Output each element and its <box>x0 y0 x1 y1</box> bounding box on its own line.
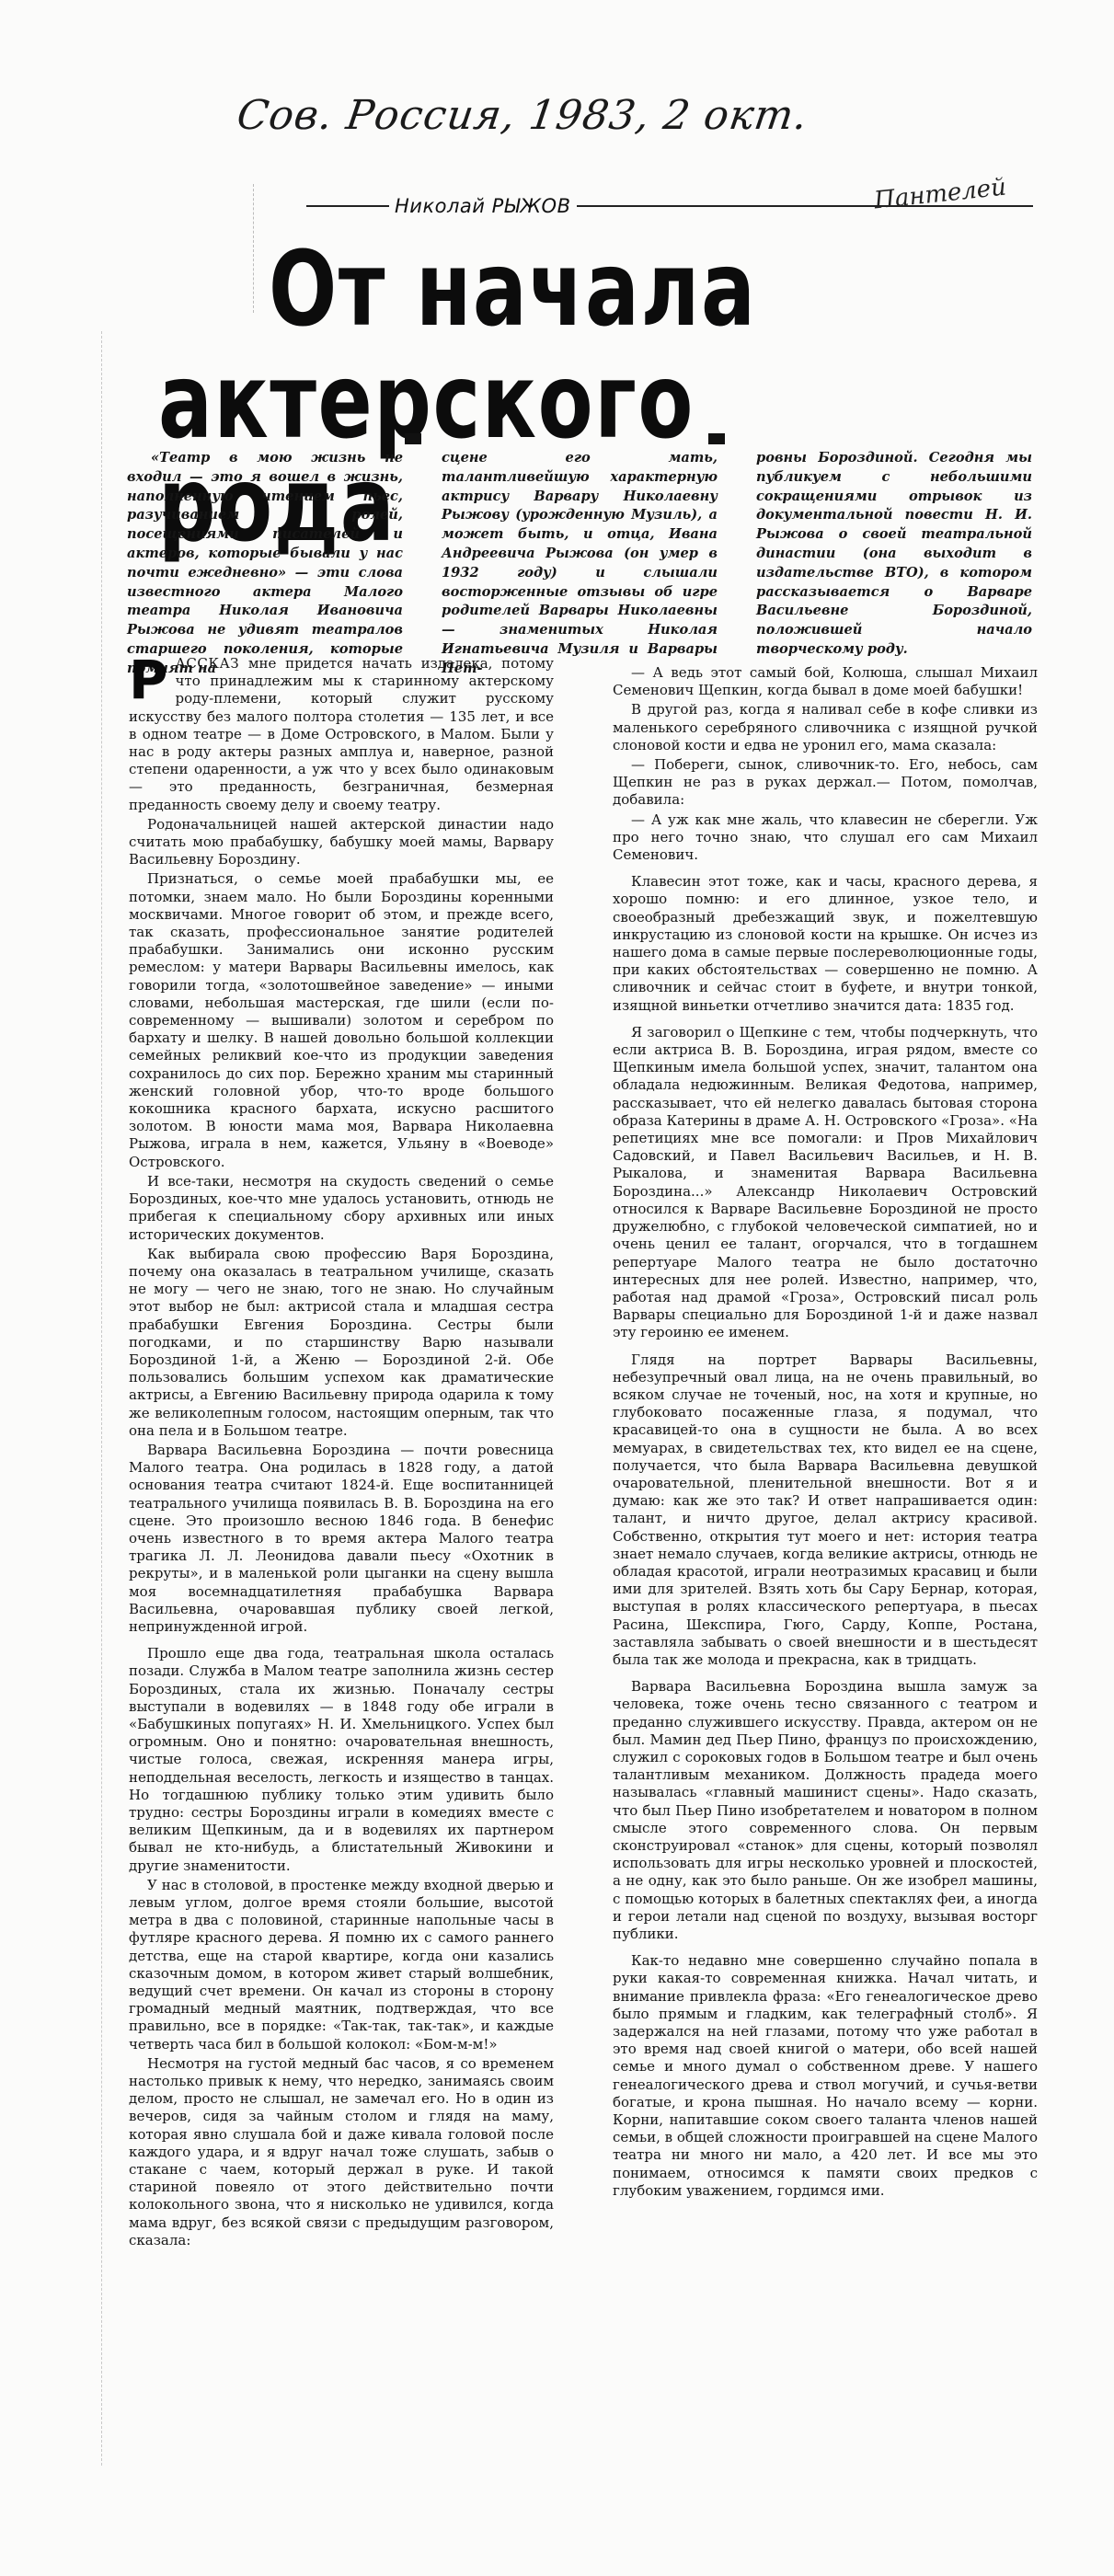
paragraph: В другой раз, когда я наливал себе в коф… <box>613 701 1038 754</box>
column-separator-mark <box>405 433 421 444</box>
scan-edge-line <box>101 331 102 2466</box>
paragraph: Прошло еще два года, театральная школа о… <box>129 1645 554 1875</box>
intro-column-2: сцене его мать, талантливейшую характерн… <box>442 449 718 679</box>
paragraph: Клавесин этот тоже, как и часы, красного… <box>613 873 1038 1015</box>
paragraph: Варвара Васильевна Бороздина вышла замуж… <box>613 1678 1038 1943</box>
paragraph: У нас в столовой, в простенке между вход… <box>129 1877 554 2053</box>
paragraph: Глядя на портрет Варвары Васильевны, неб… <box>613 1351 1038 1670</box>
column-separator-mark <box>708 433 725 444</box>
byline-rule-left <box>306 205 389 207</box>
opening-paragraph: РАССКАЗ мне придется начать издалека, по… <box>129 655 554 814</box>
drop-cap: Р <box>129 657 168 703</box>
paragraph: Родоначальницей нашей актерской династии… <box>129 816 554 869</box>
paragraph: Как-то недавно мне совершенно случайно п… <box>613 1952 1038 2200</box>
paragraph: И все-таки, несмотря на скудость сведени… <box>129 1173 554 1244</box>
paragraph: — А ведь этот самый бой, Колюша, слышал … <box>613 664 1038 699</box>
author-name: Николай РЫЖОВ <box>389 195 577 217</box>
paragraph: Признаться, о семье моей прабабушки мы, … <box>129 870 554 1170</box>
paragraph: — А уж как мне жаль, что клавесин не сбе… <box>613 811 1038 865</box>
paragraph: Я заговорил о Щепкине с тем, чтобы подче… <box>613 1024 1038 1342</box>
lead-text: мне придется начать издалека, потому что… <box>129 655 554 813</box>
article-body: РАССКАЗ мне придется начать издалека, по… <box>129 655 1039 2251</box>
intro-column-3: ровны Бороздиной. Сегодня мы публикуем с… <box>756 449 1032 679</box>
intro-column-1: «Театр в мою жизнь не входил — это я вош… <box>127 449 403 679</box>
paragraph: Как выбирала свою профессию Варя Борозди… <box>129 1246 554 1440</box>
body-column-left: РАССКАЗ мне придется начать издалека, по… <box>129 655 554 2251</box>
article-lead-intro: «Театр в мою жизнь не входил — это я вош… <box>127 449 1033 679</box>
headline-line-1: От начала <box>269 238 828 341</box>
lead-caps: АССКАЗ <box>176 655 240 672</box>
paragraph: Варвара Васильевна Бороздина — почти ров… <box>129 1442 554 1636</box>
handwritten-source-note: Сов. Россия, 1983, 2 окт. <box>234 92 810 139</box>
paragraph: — Побереги, сынок, сливочник-то. Его, не… <box>613 756 1038 810</box>
body-column-right: — А ведь этот самый бой, Колюша, слышал … <box>613 655 1038 2251</box>
paragraph: Несмотря на густой медный бас часов, я с… <box>129 2055 554 2249</box>
